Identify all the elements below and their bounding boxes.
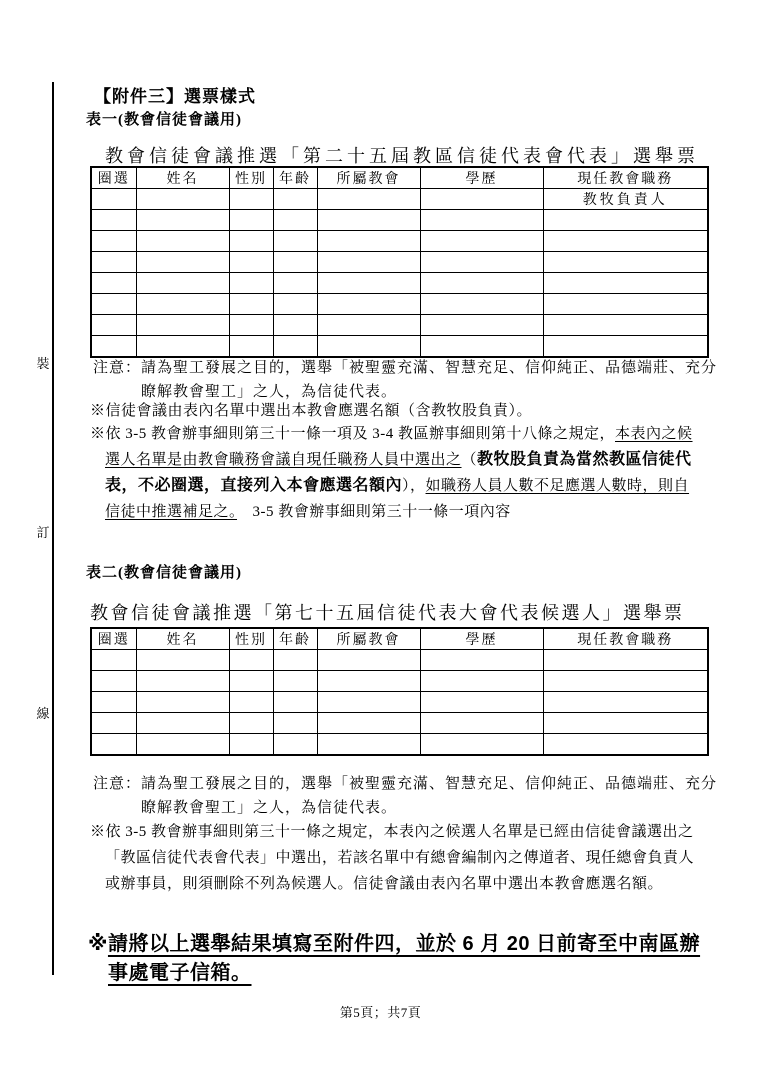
table-cell: [420, 315, 543, 336]
table-cell: [273, 650, 317, 671]
table-row: [91, 252, 708, 273]
table-cell: [229, 210, 273, 231]
header-cell: 年齡: [273, 628, 317, 650]
table-cell: [420, 231, 543, 252]
table-cell: [273, 294, 317, 315]
table-cell: [136, 336, 229, 357]
header-cell: 性別: [229, 628, 273, 650]
submission-instruction-note: ※請將以上選舉結果填寫至附件四，並於 6 月 20 日前寄至中南區辦事處電子信箱…: [88, 930, 710, 988]
table-row: 教牧負責人: [91, 189, 708, 210]
table-cell: [273, 734, 317, 755]
table-cell: [91, 713, 136, 734]
table1-header-row: 圈選姓名性別年齡所屬教會學歷現任教會職務: [91, 167, 708, 189]
binding-mark-zhuang: 裝: [28, 353, 58, 372]
table1-body: 教牧負責人: [91, 189, 708, 357]
table-cell: [543, 210, 708, 231]
table-row: [91, 273, 708, 294]
table-cell: [317, 210, 420, 231]
table1-caption: 教會信徒會議推選「第二十五屆教區信徒代表會代表」選舉票: [90, 142, 722, 168]
table2-caption: 教會信徒會議推選「第七十五屆信徒代表大會代表候選人」選舉票: [90, 599, 722, 625]
table-cell: [420, 692, 543, 713]
text-segment-plain: ※: [88, 933, 108, 955]
table-cell: [420, 650, 543, 671]
header-cell: 姓名: [136, 628, 229, 650]
table-row: [91, 231, 708, 252]
table1-rule-note: ※依 3-5 教會辦事細則第三十一條一項及 3-4 教區辦事細則第十八條之規定，…: [90, 421, 702, 525]
table-cell: 教牧負責人: [543, 189, 708, 210]
table-cell: [420, 671, 543, 692]
table-cell: [317, 315, 420, 336]
table-cell: [543, 252, 708, 273]
table-cell: [317, 294, 420, 315]
table-row: [91, 671, 708, 692]
table-cell: [136, 294, 229, 315]
text-segment-plain: （: [462, 452, 478, 468]
table-cell: [273, 336, 317, 357]
table-cell: [229, 336, 273, 357]
table-cell: [420, 294, 543, 315]
table-cell: [136, 210, 229, 231]
binding-mark-xian: 線: [28, 703, 58, 722]
page-title: 【附件三】選票樣式: [94, 82, 726, 107]
table-cell: [229, 734, 273, 755]
table-cell: [317, 252, 420, 273]
text-segment-plain: ※依 3-5 教會辦事細則第三十一條一項及 3-4 教區辦事細則第十八條之規定，: [90, 426, 615, 442]
table-cell: [91, 294, 136, 315]
table-cell: [229, 189, 273, 210]
table-cell: [317, 336, 420, 357]
table-cell: [273, 671, 317, 692]
table-cell: [91, 336, 136, 357]
header-cell: 所屬教會: [317, 628, 420, 650]
table-cell: [229, 294, 273, 315]
table-cell: [273, 189, 317, 210]
table-cell: [136, 692, 229, 713]
table-cell: [229, 315, 273, 336]
table-cell: [317, 734, 420, 755]
table-cell: [91, 671, 136, 692]
table-row: [91, 650, 708, 671]
table-cell: [420, 210, 543, 231]
table-cell: [420, 273, 543, 294]
table-cell: [136, 671, 229, 692]
header-cell: 現任教會職務: [543, 167, 708, 189]
table-cell: [229, 273, 273, 294]
table1-attention-note: 注意：請為聖工發展之目的，選舉「被聖靈充滿、智慧充足、信仰純正、品德端莊、充分瞭…: [93, 356, 729, 404]
table-row: [91, 210, 708, 231]
header-cell: 學歷: [420, 628, 543, 650]
table-cell: [273, 692, 317, 713]
table-cell: [543, 671, 708, 692]
table-cell: [136, 315, 229, 336]
table-cell: [91, 734, 136, 755]
header-cell: 學歷: [420, 167, 543, 189]
table-cell: [543, 336, 708, 357]
table-cell: [543, 713, 708, 734]
table-cell: [273, 273, 317, 294]
header-cell: 所屬教會: [317, 167, 420, 189]
table-row: [91, 713, 708, 734]
table2-header-row: 圈選姓名性別年齡所屬教會學歷現任教會職務: [91, 628, 708, 650]
table-cell: [136, 252, 229, 273]
header-cell: 圈選: [91, 167, 136, 189]
table2-attention-note: 注意：請為聖工發展之目的，選舉「被聖靈充滿、智慧充足、信仰純正、品德端莊、充分瞭…: [93, 772, 729, 820]
table-cell: [136, 650, 229, 671]
ballot-table-1: 圈選姓名性別年齡所屬教會學歷現任教會職務 教牧負責人: [90, 166, 709, 358]
table-cell: [91, 692, 136, 713]
table-cell: [136, 231, 229, 252]
table-cell: [543, 650, 708, 671]
table-cell: [273, 315, 317, 336]
table-cell: [229, 650, 273, 671]
table-cell: [136, 734, 229, 755]
table-cell: [91, 189, 136, 210]
table-cell: [273, 252, 317, 273]
table-cell: [229, 713, 273, 734]
table-cell: [273, 713, 317, 734]
table-cell: [136, 713, 229, 734]
table-cell: [317, 713, 420, 734]
table-cell: [91, 273, 136, 294]
binding-mark-ding: 訂: [28, 522, 58, 541]
header-cell: 性別: [229, 167, 273, 189]
table-cell: [420, 734, 543, 755]
table-cell: [229, 231, 273, 252]
table-cell: [543, 734, 708, 755]
table-row: [91, 294, 708, 315]
table-cell: [136, 273, 229, 294]
table-cell: [91, 315, 136, 336]
table-cell: [273, 210, 317, 231]
table-cell: [420, 336, 543, 357]
header-cell: 年齡: [273, 167, 317, 189]
page-number-footer: 第5頁；共7頁: [0, 1002, 761, 1021]
table2-label: 表二(教會信徒會議用): [86, 561, 718, 582]
table-cell: [317, 671, 420, 692]
table-cell: [136, 189, 229, 210]
header-cell: 姓名: [136, 167, 229, 189]
table-cell: [273, 231, 317, 252]
table-cell: [543, 692, 708, 713]
table2-rule-note: ※依 3-5 教會辦事細則第三十一條之規定，本表內之候選人名單是已經由信徒會議選…: [90, 819, 702, 897]
table-cell: [420, 252, 543, 273]
table-cell: [317, 273, 420, 294]
table-cell: [91, 231, 136, 252]
table-cell: [420, 189, 543, 210]
header-cell: 現任教會職務: [543, 628, 708, 650]
text-segment-plain: 3-5 教會辦事細則第三十一條一項內容: [237, 504, 511, 520]
table-cell: [229, 252, 273, 273]
table-cell: [317, 189, 420, 210]
table-cell: [91, 650, 136, 671]
table-row: [91, 692, 708, 713]
text-segment-plain: ），: [402, 478, 426, 494]
ballot-table-2: 圈選姓名性別年齡所屬教會學歷現任教會職務: [90, 627, 709, 756]
document-page: 裝 訂 線 【附件三】選票樣式 表一(教會信徒會議用) 教會信徒會議推選「第二十…: [0, 0, 761, 1078]
table2-body: [91, 650, 708, 755]
text-segment-underline: 請將以上選舉結果填寫至附件四，並於 6 月 20 日前寄至中南區辦事處電子信箱。: [108, 933, 700, 984]
table-row: [91, 336, 708, 357]
table-cell: [91, 210, 136, 231]
table-cell: [420, 713, 543, 734]
table-row: [91, 315, 708, 336]
table-cell: [229, 692, 273, 713]
table-cell: [317, 231, 420, 252]
table-cell: [543, 294, 708, 315]
table-cell: [317, 650, 420, 671]
table-cell: [91, 252, 136, 273]
table-cell: [317, 692, 420, 713]
table-cell: [543, 315, 708, 336]
table-cell: [229, 671, 273, 692]
table-cell: [543, 273, 708, 294]
table-row: [91, 734, 708, 755]
table1-label: 表一(教會信徒會議用): [86, 108, 718, 129]
header-cell: 圈選: [91, 628, 136, 650]
table-cell: [543, 231, 708, 252]
